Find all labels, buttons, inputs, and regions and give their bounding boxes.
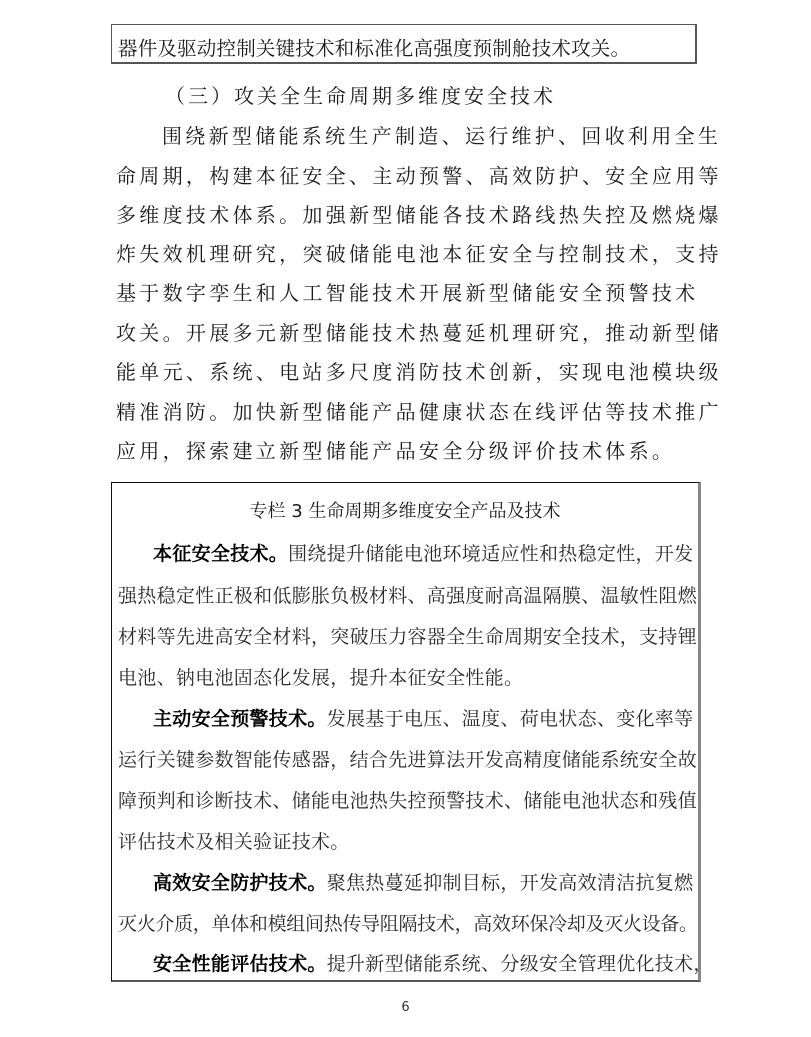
page-number: 6 — [0, 1000, 811, 1015]
item-text: 聚焦热蔓延抑制目标，开发高效清洁抗复燃 — [327, 872, 694, 894]
section-heading: （三）攻关全生命周期多维度安全技术 — [165, 80, 556, 109]
item-lead: 安全性能评估技术。 — [153, 953, 327, 975]
item-lead: 高效安全防护技术。 — [153, 872, 327, 894]
item-efficient-protection: 高效安全防护技术。聚焦热蔓延抑制目标，开发高效清洁抗复燃 — [153, 868, 693, 895]
item-text-line: 评估技术及相关验证技术。 — [118, 827, 350, 854]
paragraph-line: 攻关。开展多元新型储能技术热蔓延机理研究，推动新型储 — [116, 317, 722, 346]
item-lead: 主动安全预警技术。 — [153, 708, 327, 730]
item-text-line: 强热稳定性正极和低膨胀负极材料、高强度耐高温隔膜、温敏性阻燃 — [118, 581, 697, 608]
item-text: 发展基于电压、温度、荷电状态、变化率等 — [327, 708, 694, 730]
item-text-line: 材料等先进高安全材料，突破压力容器全生命周期安全技术，支持锂 — [118, 622, 697, 649]
paragraph-line: 能单元、系统、电站多尺度消防技术创新，实现电池模块级 — [116, 356, 722, 385]
box-text-line: 器件及驱动控制关键技术和标准化高强度预制舱技术攻关。 — [118, 33, 630, 61]
item-lead: 本征安全技术。 — [153, 543, 288, 565]
paragraph-line: 命周期，构建本征安全、主动预警、高效防护、安全应用等 — [116, 160, 722, 189]
paragraph-line: 炸失效机理研究，突破储能电池本征安全与控制技术，支持 — [116, 238, 722, 267]
item-performance-evaluation: 安全性能评估技术。提升新型储能系统、分级安全管理优化技术， — [153, 949, 713, 976]
paragraph-line: 多维度技术体系。加强新型储能各技术路线热失控及燃烧爆 — [116, 199, 722, 228]
item-text-line: 电池、钠电池固态化发展，提升本征安全性能。 — [118, 663, 523, 690]
paragraph-line: 围绕新型储能系统生产制造、运行维护、回收利用全生 — [162, 120, 721, 149]
item-intrinsic-safety: 本征安全技术。围绕提升储能电池环境适应性和热稳定性，开发 — [153, 539, 693, 566]
continued-column-box: 器件及驱动控制关键技术和标准化高强度预制舱技术攻关。 — [111, 24, 697, 64]
item-text-line: 运行关键参数智能传感器，结合先进算法开发高精度储能系统安全故 — [118, 745, 697, 772]
item-text-line: 灭火介质，单体和模组间热传导阻隔技术，高效环保冷却及灭火设备。 — [118, 909, 698, 936]
column-box-3: 专栏 3 生命周期多维度安全产品及技术 本征安全技术。围绕提升储能电池环境适应性… — [111, 482, 701, 982]
item-active-warning: 主动安全预警技术。发展基于电压、温度、荷电状态、变化率等 — [153, 704, 693, 731]
paragraph-line: 应用，探索建立新型储能产品安全分级评价技术体系。 — [116, 435, 675, 464]
column-box-title: 专栏 3 生命周期多维度安全产品及技术 — [112, 497, 698, 523]
item-text: 围绕提升储能电池环境适应性和热稳定性，开发 — [288, 543, 693, 565]
paragraph-line: 基于数字孪生和人工智能技术开展新型储能安全预警技术 — [116, 277, 699, 306]
item-text: 提升新型储能系统、分级安全管理优化技术， — [327, 953, 713, 975]
item-text-line: 障预判和诊断技术、储能电池热失控预警技术、储能电池状态和残值 — [118, 786, 697, 813]
paragraph-line: 精准消防。加快新型储能产品健康状态在线评估等技术推广 — [116, 396, 722, 425]
